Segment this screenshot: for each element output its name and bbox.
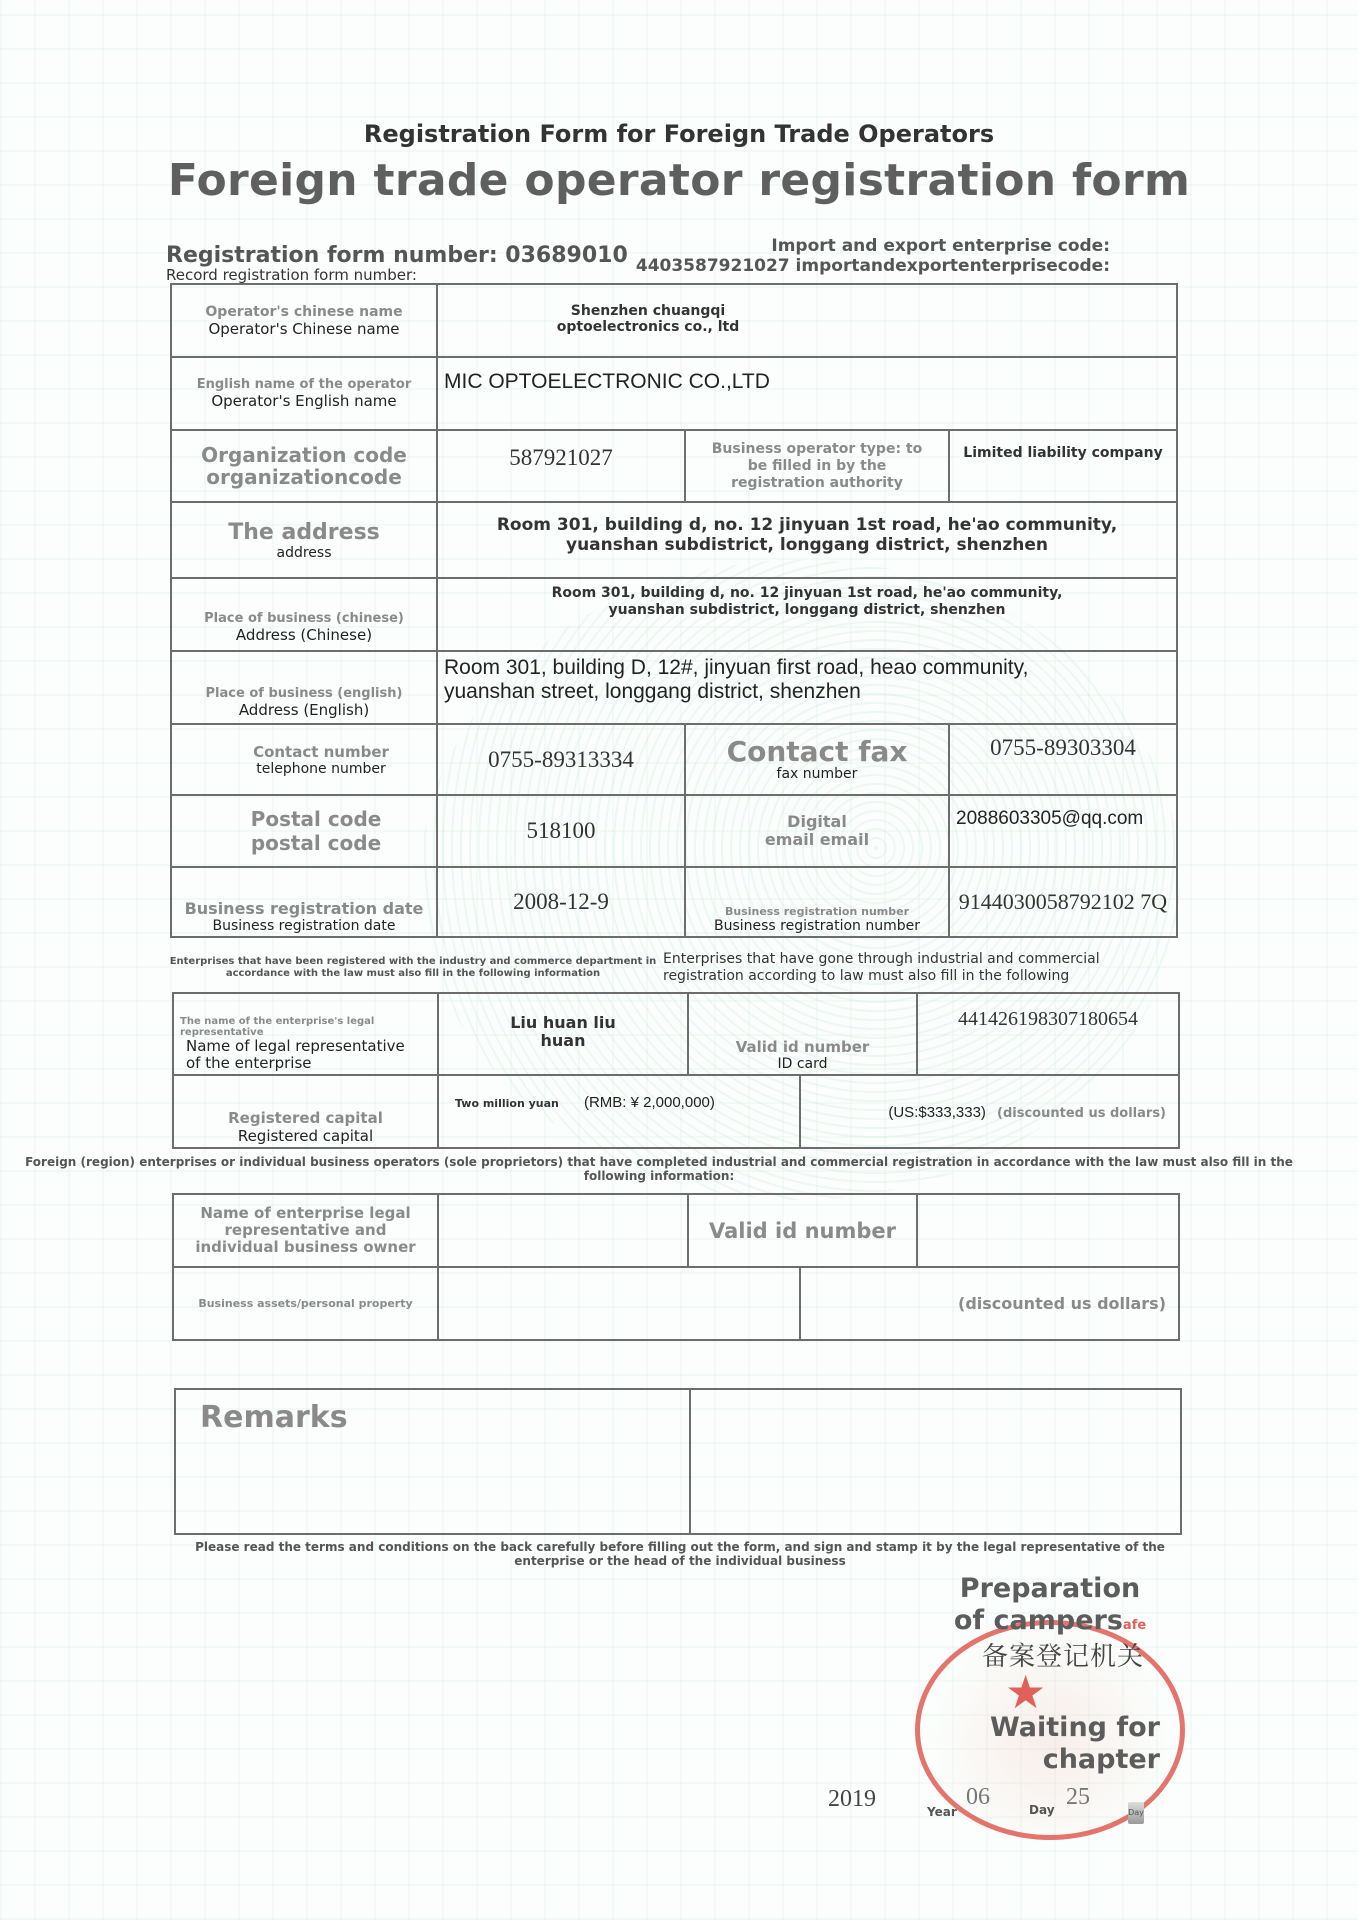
date-day-label: Day [1029, 1803, 1055, 1817]
email-label: Digital [692, 813, 942, 831]
reg-number-label: Business registration number [692, 905, 942, 918]
row-postal-email: Postal code postal code 518100 Digital e… [171, 795, 1177, 867]
registration-form-number: Registration form number: 03689010 [166, 243, 628, 268]
english-name-label-cell: English name of the operator Operator's … [171, 357, 437, 430]
postal-code-label-cell: Postal code postal code [171, 795, 437, 867]
place-chinese-value: Room 301, building d, no. 12 jinyuan 1st… [437, 578, 1177, 651]
legal-rep-label-cell: The name of the enterprise's legal repre… [173, 993, 438, 1075]
date-year: 2019 [828, 1786, 876, 1813]
legal-representative-table: The name of the enterprise's legal repre… [172, 992, 1180, 1149]
org-code-label-cell: Organization code organizationcode [171, 430, 437, 502]
reg-date-label-cell: Business registration date Business regi… [171, 867, 437, 937]
section3-valid-id-label: Valid id number [688, 1194, 917, 1267]
row-english-name: English name of the operator Operator's … [171, 357, 1177, 430]
contact-fax-value: 0755-89303304 [949, 724, 1177, 795]
remarks-value [690, 1389, 1181, 1534]
stamp-chinese-text: 备案登记机关 [938, 1636, 1188, 1673]
record-registration-label: Record registration form number: [166, 266, 417, 284]
legal-rep-sublabel: Name of legal representative of the ente… [180, 1038, 416, 1072]
row-owner: Name of enterprise legal representative … [173, 1194, 1179, 1267]
postal-code-value: 518100 [437, 795, 685, 867]
capital-rmb-cell: Two million yuan (RMB: ¥ 2,000,000) [438, 1075, 800, 1148]
legal-rep-label: The name of the enterprise's legal repre… [180, 1016, 431, 1038]
ie-code-line1: Import and export enterprise code: [636, 236, 1110, 256]
org-code-sublabel: organizationcode [178, 466, 430, 488]
contact-fax-label-cell: Contact fax fax number [685, 724, 949, 795]
date-day: 25 [1066, 1784, 1090, 1811]
place-chinese-label-cell: Place of business (chinese) Address (Chi… [171, 578, 437, 651]
row-business-registration: Business registration date Business regi… [171, 867, 1177, 937]
ie-code-line2: 4403587921027 importandexportenterprisec… [636, 256, 1110, 276]
row-place-english: Place of business (english) Address (Eng… [171, 651, 1177, 724]
valid-id-label-cell: Valid id number ID card [688, 993, 917, 1075]
stamp-line1: Preparation [950, 1573, 1150, 1605]
chinese-name-label: Operator's chinese name [178, 304, 430, 320]
place-english-value: Room 301, building D, 12#, jinyuan first… [437, 651, 1177, 724]
email-sublabel: email email [692, 831, 942, 849]
chinese-name-sublabel: Operator's Chinese name [178, 320, 430, 338]
reg-number-label-cell: Business registration number Business re… [685, 867, 949, 937]
row-registered-capital: Registered capital Registered capital Tw… [173, 1075, 1179, 1148]
row-place-chinese: Place of business (chinese) Address (Chi… [171, 578, 1177, 651]
english-name-sublabel: Operator's English name [178, 392, 430, 410]
stamp-line4: chapter [960, 1744, 1160, 1776]
capital-usd-cell: (US:$333,333) (discounted us dollars) [800, 1075, 1179, 1148]
row-remarks: Remarks [175, 1389, 1181, 1534]
contact-number-label-cell: Contact number telephone number [171, 724, 437, 795]
row-chinese-name: Operator's chinese name Operator's Chine… [171, 284, 1177, 357]
operator-type-label: Business operator type: to be filled in … [685, 430, 949, 502]
valid-id-value: 441426198307180654 [917, 993, 1179, 1075]
reg-date-sublabel: Business registration date [178, 918, 430, 934]
section3-valid-id-value [917, 1194, 1179, 1267]
section2-note-right: Enterprises that have gone through indus… [663, 951, 1133, 985]
row-assets: Business assets/personal property (disco… [173, 1267, 1179, 1340]
english-name-value-cell: MIC OPTOELECTRONIC CO.,LTD [437, 357, 1177, 430]
capital-sublabel: Registered capital [180, 1127, 431, 1145]
capital-rmb-value: (RMB: ¥ 2,000,000) [584, 1094, 715, 1111]
email-label-cell: Digital email email [685, 795, 949, 867]
form-title: Foreign trade operator registration form [0, 155, 1358, 206]
operator-type-value: Limited liability company [949, 430, 1177, 502]
owner-label: Name of enterprise legal representative … [173, 1194, 438, 1267]
owner-value [438, 1194, 688, 1267]
contact-number-label: Contact number [212, 743, 430, 761]
row-legal-rep: The name of the enterprise's legal repre… [173, 993, 1179, 1075]
date-month: 06 [966, 1784, 990, 1811]
address-label: The address [178, 520, 430, 545]
date-year-label: Year [927, 1805, 957, 1819]
place-english-label-cell: Place of business (english) Address (Eng… [171, 651, 437, 724]
section3-note: Foreign (region) enterprises or individu… [24, 1155, 1294, 1183]
postal-code-sublabel: postal code [202, 831, 430, 855]
address-sublabel: address [178, 545, 430, 561]
footer-instruction: Please read the terms and conditions on … [180, 1540, 1180, 1568]
contact-number-value: 0755-89313334 [437, 724, 685, 795]
english-name-label: English name of the operator [178, 377, 430, 392]
contact-fax-label: Contact fax [692, 738, 942, 766]
capital-label: Registered capital [180, 1109, 431, 1127]
capital-words-value: Two million yuan [455, 1097, 559, 1110]
place-english-label: Place of business (english) [178, 686, 430, 701]
stamp-line3: Waiting for [960, 1712, 1160, 1744]
remarks-label: Remarks [175, 1389, 690, 1534]
place-chinese-label: Place of business (chinese) [178, 611, 430, 626]
row-organization-code: Organization code organizationcode 58792… [171, 430, 1177, 502]
chinese-name-value: Shenzhen chuangqi optoelectronics co., l… [548, 303, 748, 335]
postal-code-label: Postal code [202, 807, 430, 831]
stamp-text-bottom: Waiting for chapter [960, 1712, 1170, 1776]
section2-note-left: Enterprises that have been registered wi… [168, 956, 658, 980]
day-box: Day [1128, 1802, 1144, 1824]
place-chinese-sublabel: Address (Chinese) [178, 626, 430, 644]
reg-date-label: Business registration date [178, 899, 430, 918]
legal-rep-value: Liu huan liu huan [438, 993, 688, 1075]
contact-fax-sublabel: fax number [692, 766, 942, 782]
org-code-value: 587921027 [437, 430, 685, 502]
address-label-cell: The address address [171, 502, 437, 578]
reg-date-value: 2008-12-9 [437, 867, 685, 937]
form-subtitle: Registration Form for Foreign Trade Oper… [0, 120, 1358, 148]
stamp-star-icon: ★ [1005, 1665, 1046, 1719]
contact-number-sublabel: telephone number [212, 761, 430, 777]
address-value: Room 301, building d, no. 12 jinyuan 1st… [437, 502, 1177, 578]
assets-label: Business assets/personal property [173, 1267, 438, 1340]
stamp-text-top: Preparation of campersafe [950, 1573, 1150, 1642]
chinese-name-label-cell: Operator's chinese name Operator's Chine… [171, 284, 437, 357]
chinese-name-value-cell: Shenzhen chuangqi optoelectronics co., l… [437, 284, 1177, 357]
reg-number-sublabel: Business registration number [692, 918, 942, 934]
import-export-code: Import and export enterprise code: 44035… [636, 236, 1110, 276]
valid-id-label: Valid id number [695, 1038, 910, 1056]
remarks-table: Remarks [174, 1388, 1182, 1535]
capital-usd-value: (US:$333,333) [888, 1104, 986, 1121]
row-contact: Contact number telephone number 0755-893… [171, 724, 1177, 795]
capital-usd-note: (discounted us dollars) [997, 1106, 1166, 1121]
stamp-safe: afe [1123, 1618, 1146, 1633]
reg-number-value: 9144030058792102 7Q [949, 867, 1177, 937]
valid-id-sublabel: ID card [695, 1056, 910, 1072]
foreign-enterprise-table: Name of enterprise legal representative … [172, 1193, 1180, 1341]
capital-label-cell: Registered capital Registered capital [173, 1075, 438, 1148]
assets-value [438, 1267, 800, 1340]
operator-info-table: Operator's chinese name Operator's Chine… [170, 283, 1178, 938]
email-value: 2088603305@qq.com [949, 795, 1177, 867]
row-address: The address address Room 301, building d… [171, 502, 1177, 578]
stamp-line2: of campers [954, 1605, 1123, 1636]
place-english-sublabel: Address (English) [178, 701, 430, 719]
org-code-label: Organization code [178, 444, 430, 466]
english-name-value: MIC OPTOELECTRONIC CO.,LTD [444, 370, 770, 393]
section3-usd-note: (discounted us dollars) [800, 1267, 1179, 1340]
